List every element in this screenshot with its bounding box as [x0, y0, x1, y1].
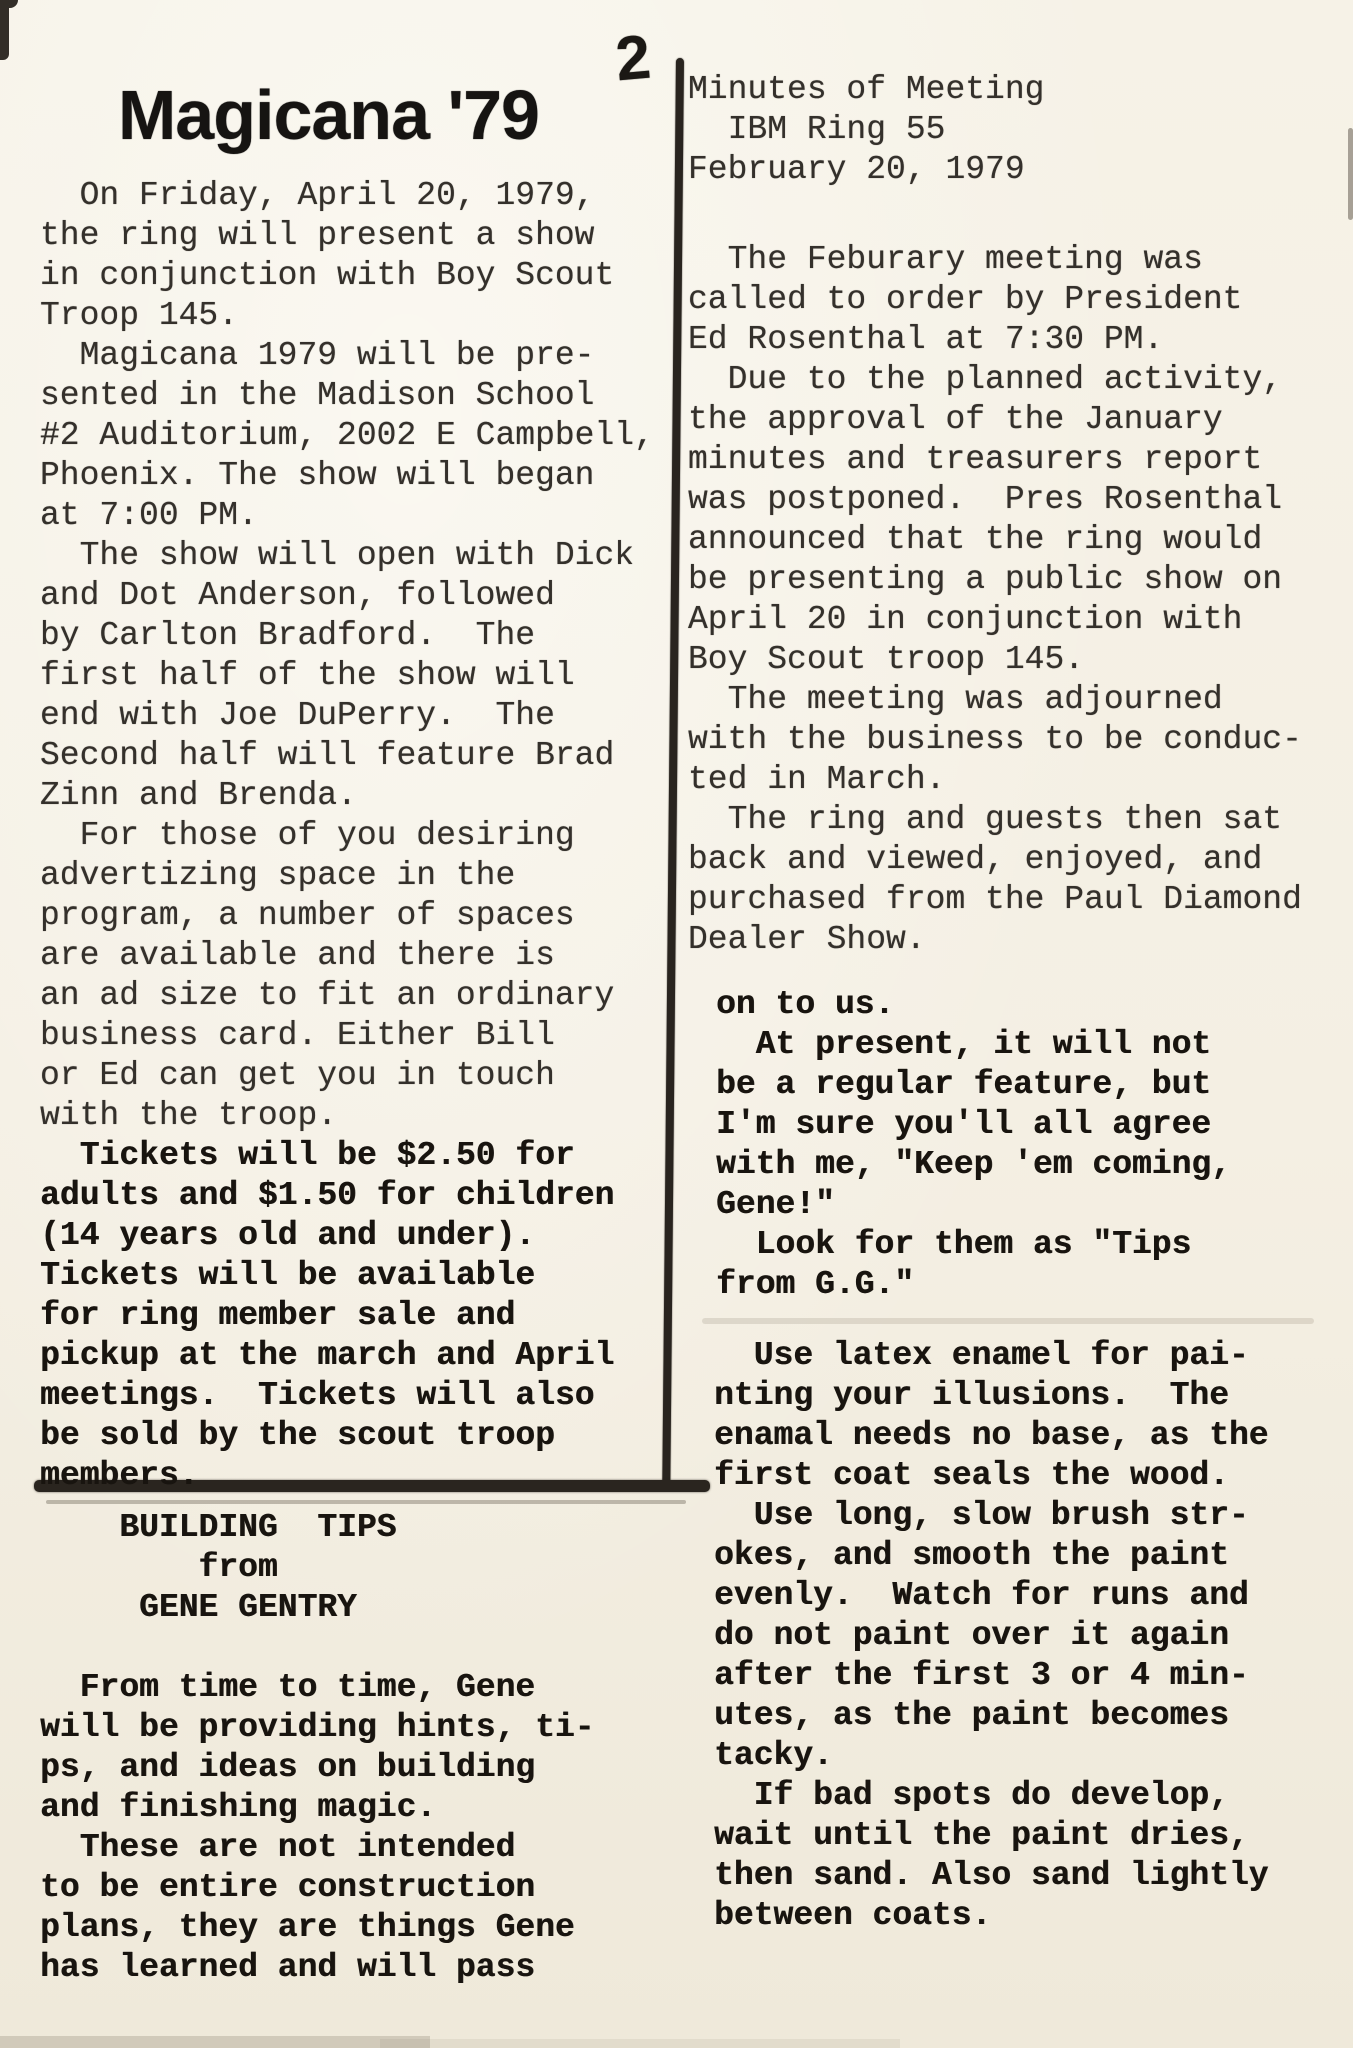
- minutes-of-meeting-section: Minutes of Meeting IBM Ring 55 February …: [688, 70, 1302, 960]
- scan-corner-artifact-top: [0, 0, 18, 8]
- paragraph: These are not intended to be entire cons…: [40, 1828, 595, 1988]
- page-number: 2: [613, 27, 653, 92]
- article-title-magicana-79: Magicana '79: [118, 80, 539, 150]
- section-divider-rule-echo: [46, 1500, 686, 1504]
- paragraph: Tickets will be $2.50 for adults and $1.…: [40, 1136, 654, 1496]
- paragraph: The meeting was adjourned with the busin…: [688, 680, 1302, 800]
- column-divider-line: [662, 58, 684, 1490]
- left-column-article: On Friday, April 20, 1979, the ring will…: [40, 176, 654, 1496]
- paragraph: The show will open with Dick and Dot And…: [40, 536, 654, 816]
- building-tips-section: BUILDING TIPS from GENE GENTRY From time…: [40, 1508, 595, 1988]
- scan-corner-artifact: [0, 0, 9, 60]
- building-tips-heading: BUILDING TIPS from GENE GENTRY: [40, 1508, 595, 1628]
- paragraph: on to us. At present, it will not be a r…: [716, 985, 1231, 1305]
- paragraph: Use latex enamel for pai- nting your ill…: [714, 1336, 1269, 1496]
- minutes-header: Minutes of Meeting IBM Ring 55 February …: [688, 70, 1302, 190]
- newsletter-page: 2 Magicana '79 On Friday, April 20, 1979…: [0, 0, 1353, 2048]
- paragraph: From time to time, Gene will be providin…: [40, 1668, 595, 1828]
- scan-bottom-artifact: [0, 2036, 430, 2048]
- paragraph: Use long, slow brush str- okes, and smoo…: [714, 1496, 1269, 1776]
- paragraph: Magicana 1979 will be pre- sented in the…: [40, 336, 654, 536]
- building-tips-continuation: on to us. At present, it will not be a r…: [716, 985, 1231, 1305]
- scan-bottom-artifact-faint: [380, 2039, 900, 2048]
- scan-smudge-line: [702, 1318, 1314, 1324]
- painting-tips-section: Use latex enamel for pai- nting your ill…: [714, 1336, 1269, 1936]
- paragraph: On Friday, April 20, 1979, the ring will…: [40, 176, 654, 336]
- paragraph: Due to the planned activity, the approva…: [688, 360, 1302, 680]
- paragraph: The Feburary meeting was called to order…: [688, 240, 1302, 360]
- paragraph: For those of you desiring advertizing sp…: [40, 816, 654, 1136]
- scan-edge-artifact: [1348, 128, 1353, 220]
- paragraph: If bad spots do develop, wait until the …: [714, 1776, 1269, 1936]
- paragraph: The ring and guests then sat back and vi…: [688, 800, 1302, 960]
